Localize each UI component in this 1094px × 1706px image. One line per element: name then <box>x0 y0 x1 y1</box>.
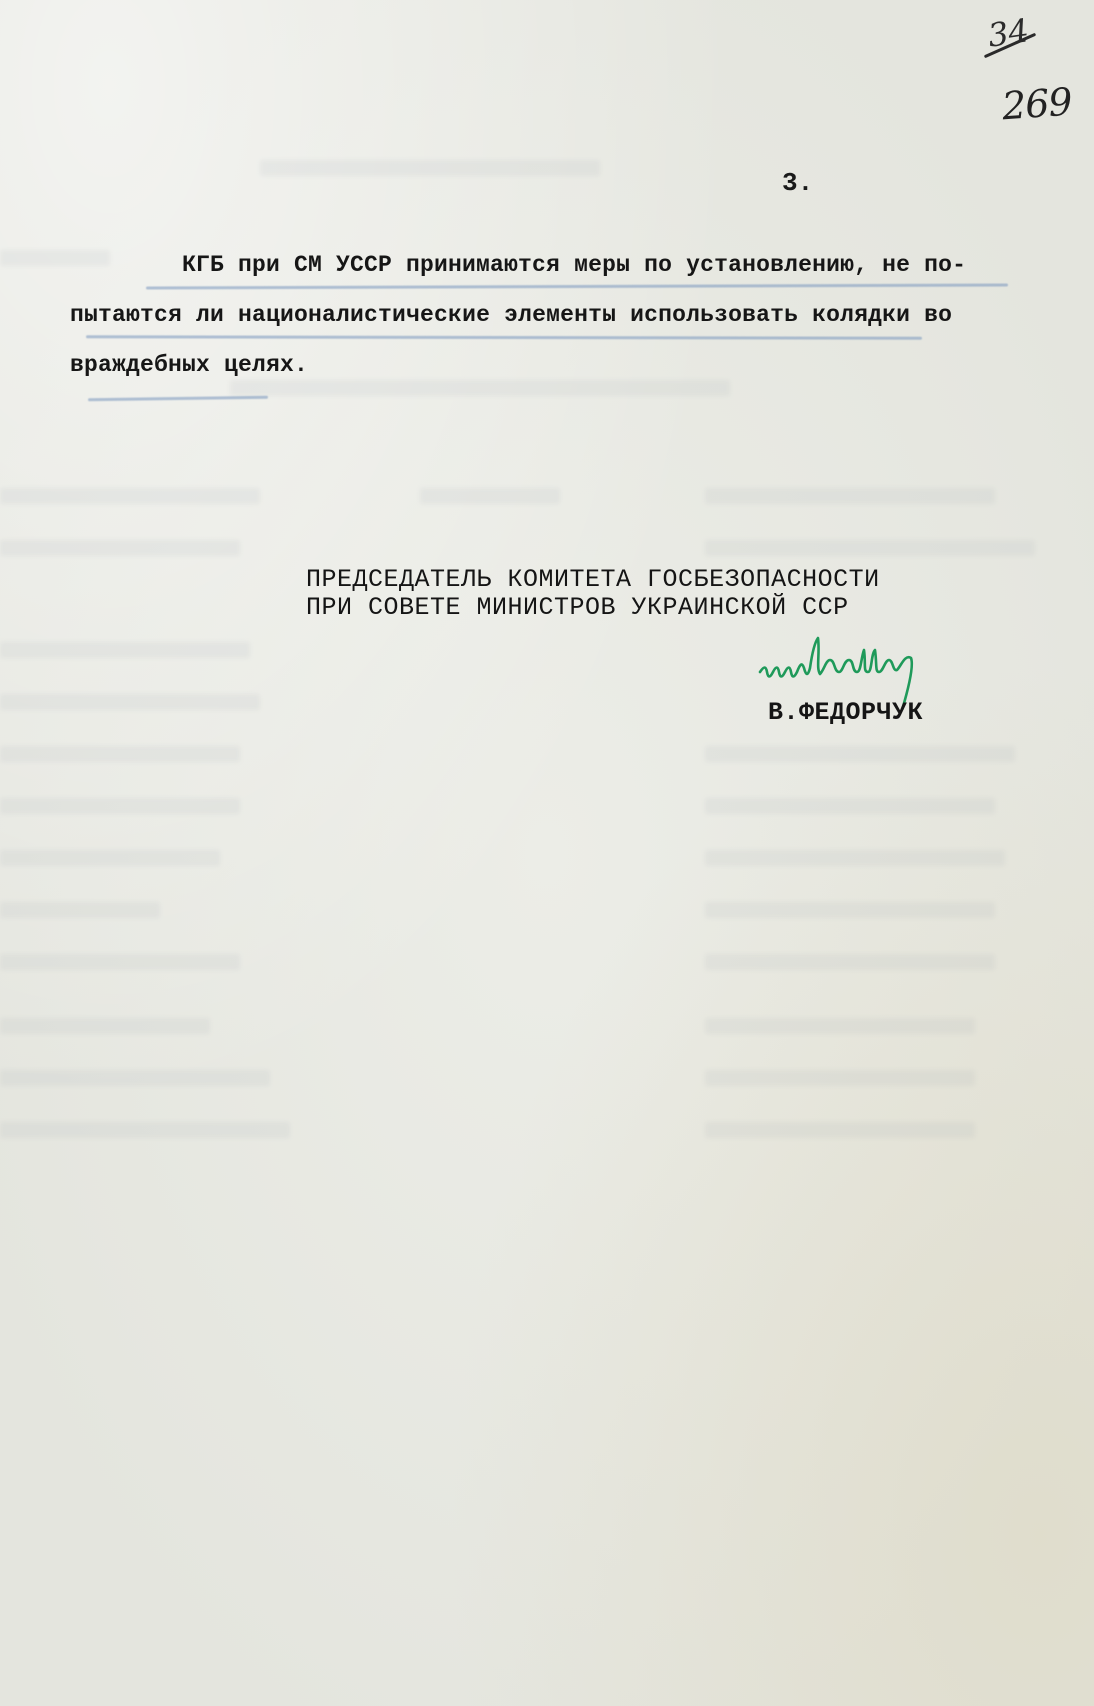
bleed-through-texture <box>420 488 560 504</box>
body-line: враждебных целях. <box>70 340 1070 390</box>
signatory-name: В.ФЕДОРЧУК <box>768 698 923 727</box>
bleed-through-texture <box>705 850 1005 866</box>
bleed-through-texture <box>705 1070 975 1086</box>
bleed-through-texture <box>0 488 260 504</box>
bleed-through-texture <box>0 902 160 918</box>
bleed-through-texture <box>705 540 1035 556</box>
bleed-through-texture <box>0 850 220 866</box>
document-page: 34 269 3. КГБ при СМ УССР принимаются ме… <box>0 0 1094 1706</box>
body-line: пытаются ли националистические элементы … <box>70 290 1070 340</box>
archive-page-number-new: 269 <box>1001 80 1073 129</box>
archive-page-number-old: 34 <box>986 11 1032 54</box>
bleed-through-texture <box>0 1122 290 1138</box>
bleed-through-texture <box>705 902 995 918</box>
bleed-through-texture <box>0 694 260 710</box>
bleed-through-texture <box>0 954 240 970</box>
bleed-through-texture <box>0 1070 270 1086</box>
bleed-through-texture <box>705 1122 975 1138</box>
bleed-through-texture <box>260 160 600 176</box>
body-line: КГБ при СМ УССР принимаются меры по уста… <box>70 240 1070 290</box>
bleed-through-texture <box>0 540 240 556</box>
bleed-through-texture <box>705 488 995 504</box>
document-body: КГБ при СМ УССР принимаются меры по уста… <box>70 240 1070 390</box>
bleed-through-texture <box>705 1018 975 1034</box>
bleed-through-texture <box>705 798 995 814</box>
bleed-through-texture <box>0 798 240 814</box>
signatory-title-line: ПРИ СОВЕТЕ МИНИСТРОВ УКРАИНСКОЙ ССР <box>306 594 880 622</box>
bleed-through-texture <box>705 746 1015 762</box>
sheet-number: 3. <box>782 168 813 198</box>
bleed-through-texture <box>0 746 240 762</box>
signatory-title-line: ПРЕДСЕДАТЕЛЬ КОМИТЕТА ГОСБЕЗОПАСНОСТИ <box>306 566 880 594</box>
bleed-through-texture <box>0 642 250 658</box>
signatory-title: ПРЕДСЕДАТЕЛЬ КОМИТЕТА ГОСБЕЗОПАСНОСТИ ПР… <box>306 566 880 622</box>
pencil-underline-mark <box>88 396 268 402</box>
bleed-through-texture <box>705 954 995 970</box>
bleed-through-texture <box>0 1018 210 1034</box>
